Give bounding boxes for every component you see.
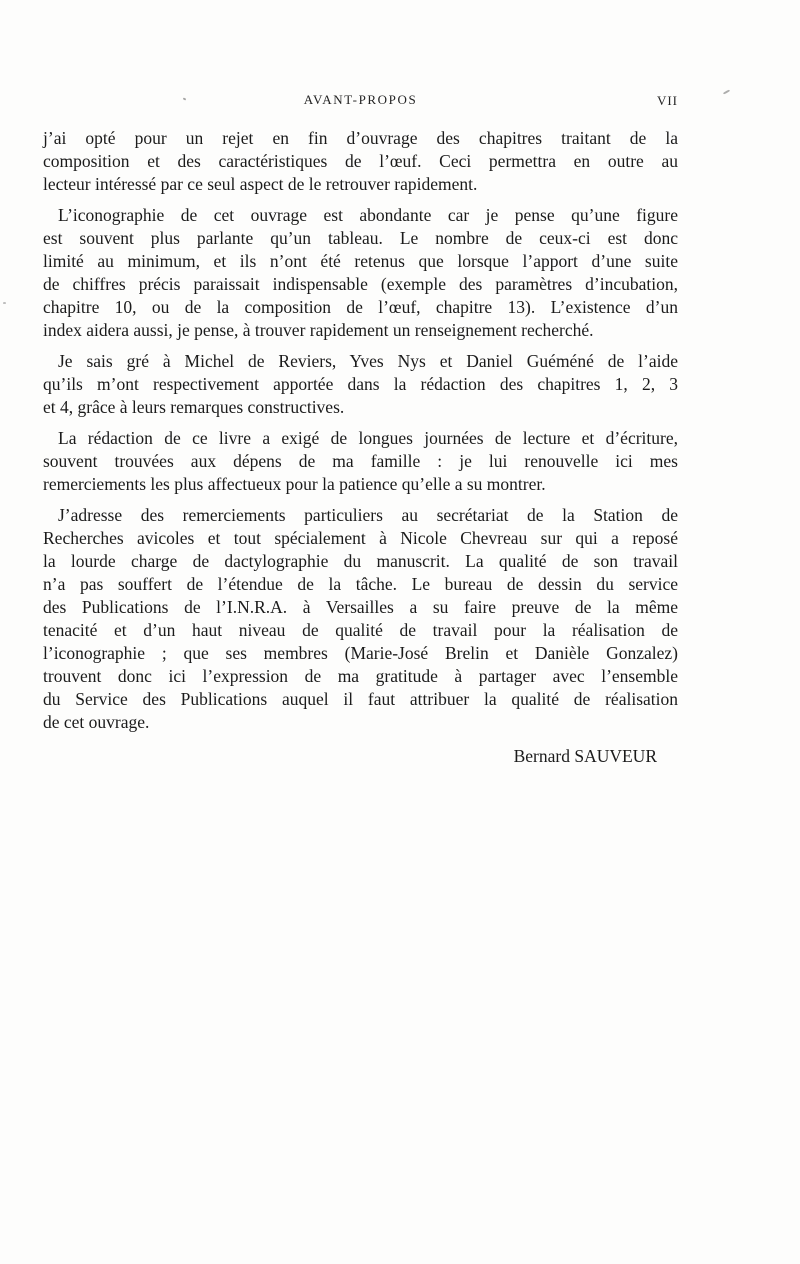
- paragraph: j’ai opté pour un rejet en fin d’ouvrage…: [43, 127, 678, 196]
- text-line: composition et des caractéristiques de l…: [43, 150, 678, 173]
- page-number: VII: [657, 93, 678, 109]
- text-line: remerciements les plus affectueux pour l…: [43, 473, 678, 496]
- text-line: des Publications de l’I.N.R.A. à Versail…: [43, 596, 678, 619]
- running-head-title: AVANT-PROPOS: [43, 92, 678, 108]
- text-line: lecteur intéressé par ce seul aspect de …: [43, 173, 678, 196]
- text-line: de cet ouvrage.: [43, 711, 678, 734]
- paragraph: L’iconographie de cet ouvrage est abonda…: [43, 204, 678, 342]
- page-header: AVANT-PROPOS VII: [43, 92, 678, 110]
- text-line: Je sais gré à Michel de Reviers, Yves Ny…: [43, 350, 678, 373]
- book-page: AVANT-PROPOS VII j’ai opté pour un rejet…: [0, 0, 800, 1264]
- text-line: j’ai opté pour un rejet en fin d’ouvrage…: [43, 127, 678, 150]
- author-signature: Bernard SAUVEUR: [43, 746, 678, 767]
- text-line: J’adresse des remerciements particuliers…: [43, 504, 678, 527]
- paragraph: La rédaction de ce livre a exigé de long…: [43, 427, 678, 496]
- text-line: est souvent plus parlante qu’un tableau.…: [43, 227, 678, 250]
- scan-speck: [723, 89, 730, 94]
- text-line: chapitre 10, ou de la composition de l’œ…: [43, 296, 678, 319]
- text-line: n’a pas souffert de l’étendue de la tâch…: [43, 573, 678, 596]
- text-line: souvent trouvées aux dépens de ma famill…: [43, 450, 678, 473]
- text-line: La rédaction de ce livre a exigé de long…: [43, 427, 678, 450]
- paragraph: Je sais gré à Michel de Reviers, Yves Ny…: [43, 350, 678, 419]
- text-line: limité au minimum, et ils n’ont été rete…: [43, 250, 678, 273]
- paragraph: J’adresse des remerciements particuliers…: [43, 504, 678, 734]
- page-body: j’ai opté pour un rejet en fin d’ouvrage…: [43, 127, 678, 734]
- text-line: et 4, grâce à leurs remarques constructi…: [43, 396, 678, 419]
- text-line: Recherches avicoles et tout spécialement…: [43, 527, 678, 550]
- text-line: qu’ils m’ont respectivement apportée dan…: [43, 373, 678, 396]
- text-line: de chiffres précis paraissait indispensa…: [43, 273, 678, 296]
- text-line: index aidera aussi, je pense, à trouver …: [43, 319, 678, 342]
- text-line: la lourde charge de dactylographie du ma…: [43, 550, 678, 573]
- text-line: trouvent donc ici l’expression de ma gra…: [43, 665, 678, 688]
- text-line: L’iconographie de cet ouvrage est abonda…: [43, 204, 678, 227]
- scan-speck: [3, 302, 6, 304]
- text-line: tenacité et d’un haut niveau de qualité …: [43, 619, 678, 642]
- text-line: l’iconographie ; que ses membres (Marie-…: [43, 642, 678, 665]
- text-line: du Service des Publications auquel il fa…: [43, 688, 678, 711]
